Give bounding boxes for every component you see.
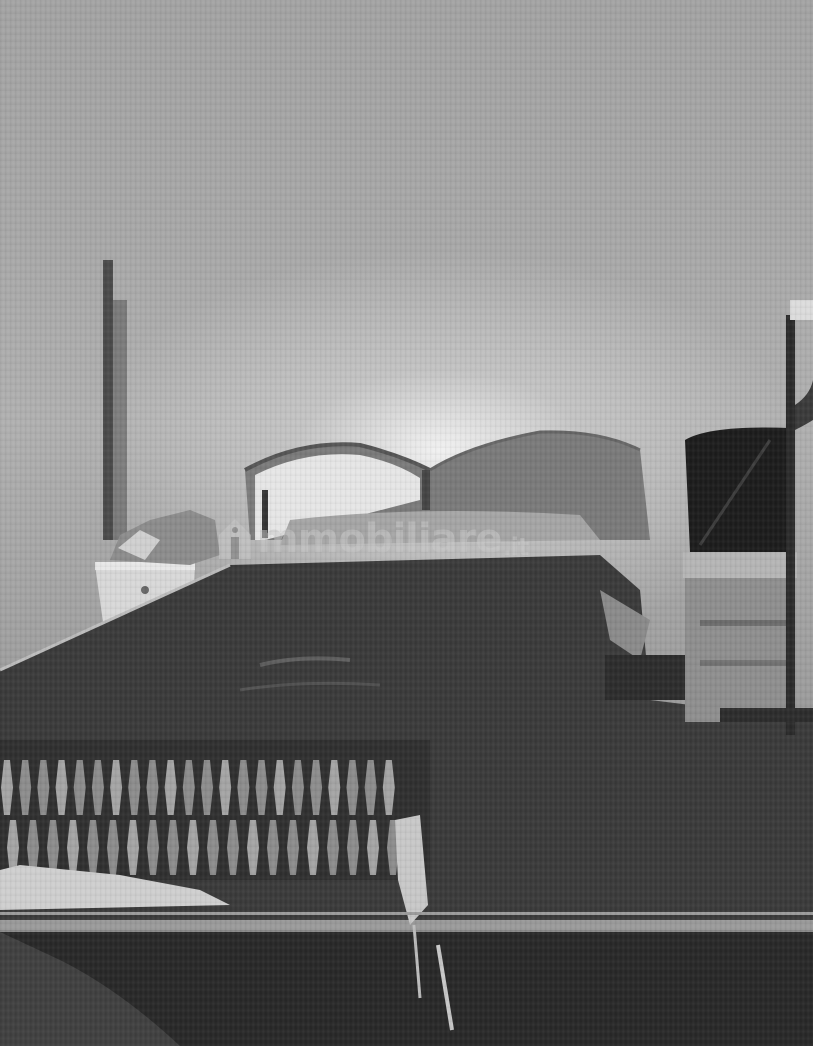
drain-pipe bbox=[786, 315, 795, 735]
house-icon bbox=[215, 515, 255, 559]
water-tank bbox=[685, 428, 795, 553]
watermark: mmobiliare .it bbox=[215, 515, 528, 559]
image-border bbox=[0, 1046, 813, 1050]
antenna-pole bbox=[103, 260, 113, 540]
photo-frame: mmobiliare .it bbox=[0, 0, 813, 1050]
watermark-tld: .it bbox=[502, 535, 528, 559]
watermark-text: mmobiliare bbox=[257, 519, 501, 559]
